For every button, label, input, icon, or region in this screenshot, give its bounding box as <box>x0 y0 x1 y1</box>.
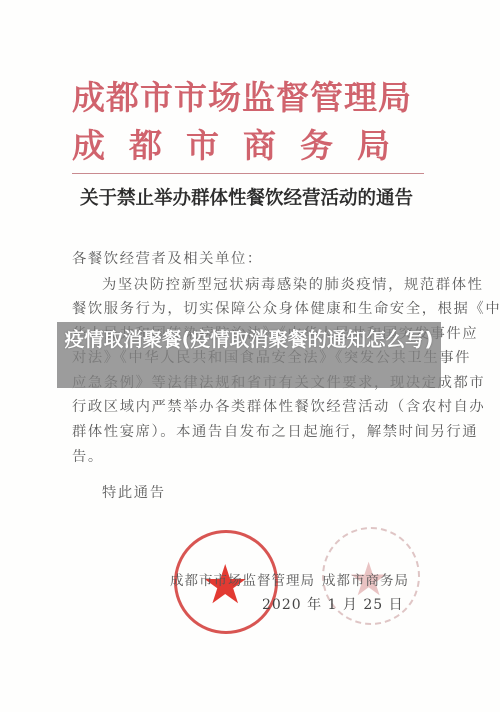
body-line: 群体性宴席）。本通告自发布之日起施行，解禁时间另行通 <box>72 421 478 441</box>
notice-title: 关于禁止举办群体性餐饮经营活动的通告 <box>80 184 420 210</box>
signatory-commerce-bureau: 成都市商务局 <box>322 569 409 589</box>
body-line: 餐饮服务行为，切实保障公众身体健康和生命安全，根据《中 <box>72 298 500 318</box>
header-divider <box>72 173 424 174</box>
body-line: 告。 <box>72 446 104 466</box>
caption-overlay: 疫情取消聚餐(疫情取消聚餐的通知怎么写) <box>57 322 441 388</box>
issuer-header-commerce-bureau: 成都市商务局 <box>72 120 424 167</box>
signatory-market-supervision: 成都市市场监督管理局 <box>170 569 315 589</box>
document-page: 成都市市场监督管理局 成都市商务局 关于禁止举办群体性餐饮经营活动的通告 各餐饮… <box>0 0 500 712</box>
caption-text: 疫情取消聚餐(疫情取消聚餐的通知怎么写) <box>57 326 441 354</box>
salutation: 各餐饮经营者及相关单位： <box>72 248 263 268</box>
body-line: 为坚决防控新型冠状病毒感染的肺炎疫情，规范群体性 <box>102 274 484 294</box>
issue-date: 2020 年 1 月 25 日 <box>262 594 404 614</box>
body-line: 行政区域内严禁举办各类群体性餐饮经营活动（含农村自办 <box>72 396 485 416</box>
closing-text: 特此通告 <box>102 482 166 502</box>
issuer-header-market-supervision: 成都市市场监督管理局 <box>72 72 424 119</box>
